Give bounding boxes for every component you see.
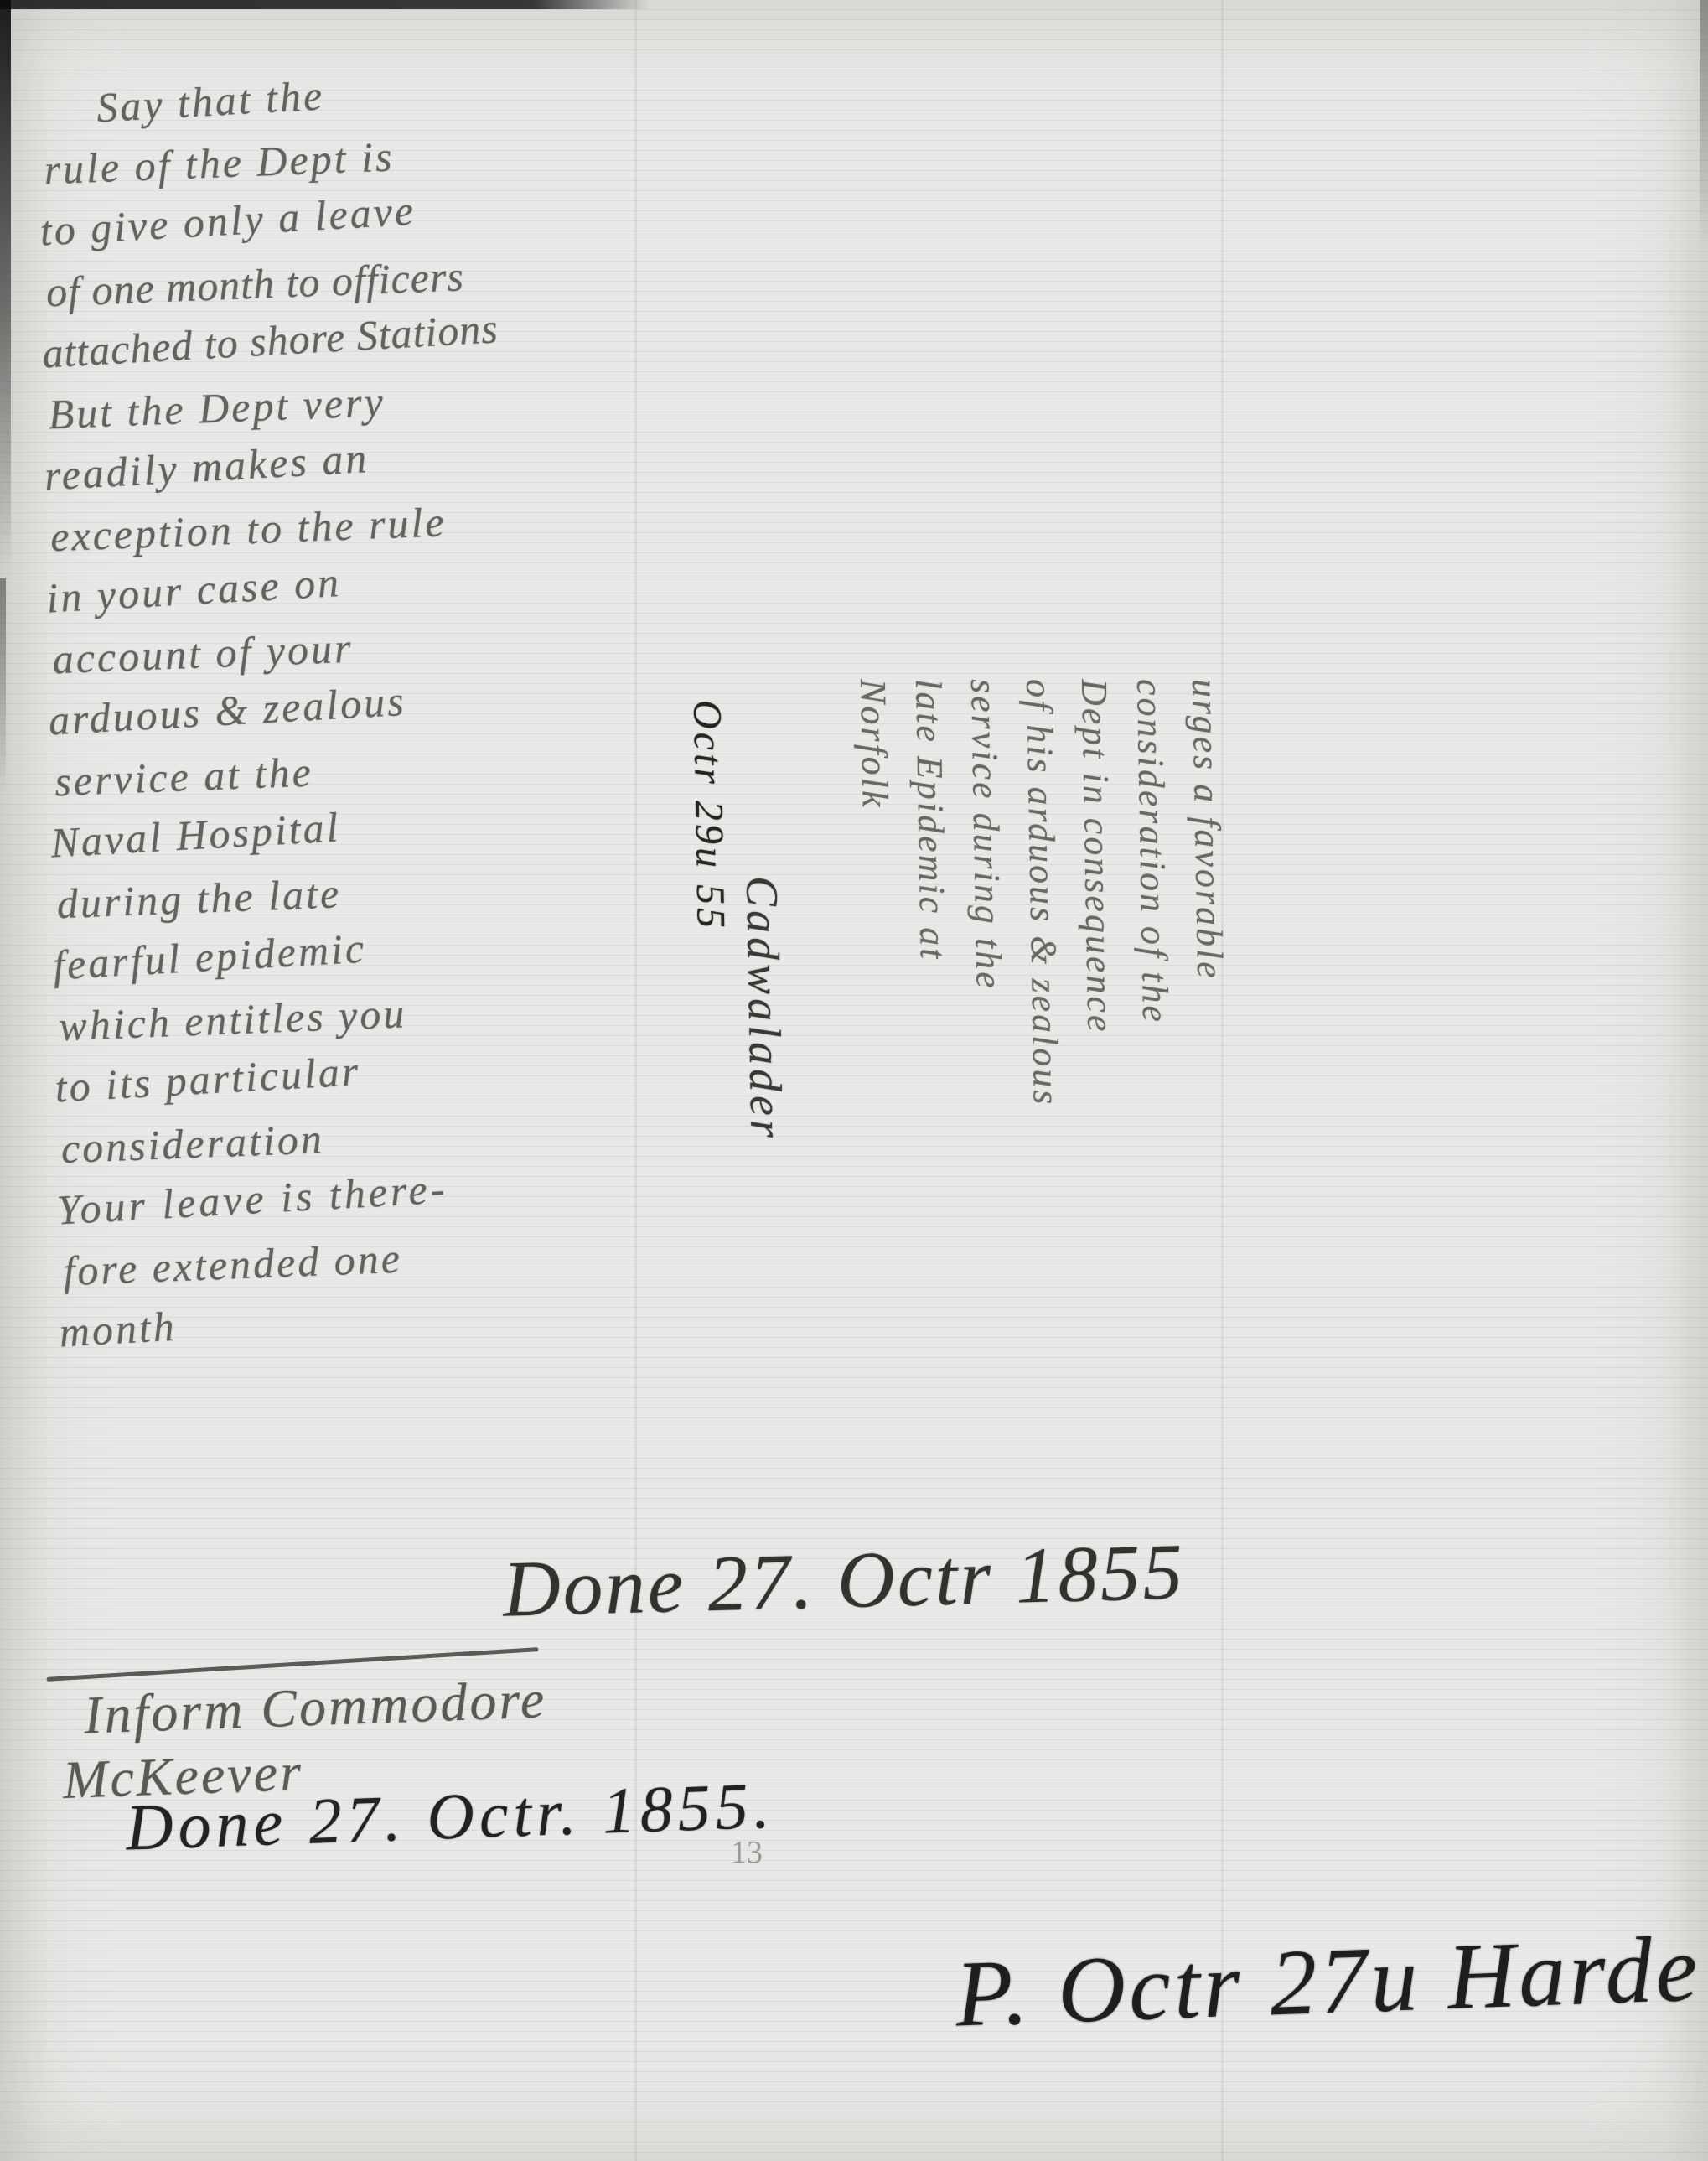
scan-edge-right-artifact [1700,0,1708,251]
scan-edge-top-artifact [0,0,650,9]
page-number-mark: 13 [731,1834,763,1871]
docket-line: Dept in consequence [1066,678,1132,1308]
docket-line: late Epidemic at [900,678,966,1308]
docket-line: of his arduous & zealous [1011,678,1077,1308]
docket-spacer [789,679,845,1308]
docket-line: urges a favorable [1177,678,1243,1308]
rotated-docket-block: urges a favorable consideration of the D… [645,679,1232,1308]
done-date-annotation-first: Done 27. Octr 1855 [502,1525,1187,1635]
filing-signature: P. Octr 27u Harde [954,1915,1702,2050]
reply-note-block: Say that the rule of the Dept is to give… [38,70,597,1364]
scanned-letter-page: Say that the rule of the Dept is to give… [0,0,1708,2161]
scan-edge-left-artifact [0,0,11,570]
inform-instruction-line1: Inform Commodore [83,1668,548,1746]
docket-date: Octr 29u 55 [679,699,745,1308]
docket-line: service during the [955,678,1022,1308]
docket-line: consideration of the [1121,678,1188,1308]
docket-line: Norfolk [845,678,911,1308]
scan-edge-left-nub-artifact [0,578,6,796]
